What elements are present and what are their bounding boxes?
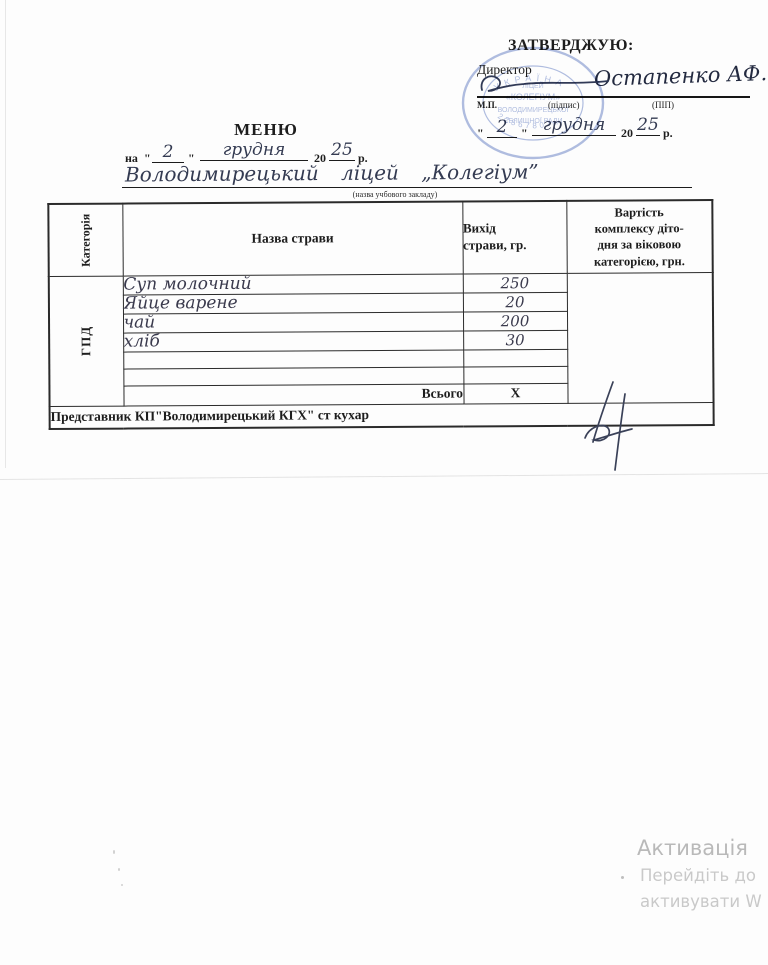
header-output: Вихід страви, гр. — [462, 201, 566, 274]
header-category: Категорія — [48, 204, 122, 276]
approval-date-year: 25 — [636, 115, 660, 136]
dish-cell — [123, 366, 463, 385]
output-cell — [463, 366, 567, 384]
cook-signature-scribble — [577, 380, 652, 472]
total-label: Всього — [123, 383, 463, 405]
menu-date-month: грудня — [200, 140, 308, 161]
menu-title: МЕНЮ — [186, 120, 346, 140]
output-cell: 30 — [463, 330, 567, 350]
dish-cell — [123, 349, 463, 368]
windows-activation-watermark-line3: активувати W — [640, 892, 762, 911]
stamp-line4: СЕЛИЩНОЇ РАДИ — [503, 117, 562, 125]
header-cost: Вартість комплексу діто- дня за віковою … — [566, 200, 712, 273]
output-cell — [463, 349, 567, 367]
scan-left-edge — [5, 0, 6, 468]
menu-date-year: 25 — [329, 140, 355, 161]
watermark-dot — [621, 876, 624, 879]
stamp-line1: ЛІЦЕЙ — [522, 81, 543, 90]
menu-date-day: 2 — [152, 142, 184, 163]
output-cell: 250 — [463, 273, 567, 293]
school-name-caption: (назва учбового закладу) — [270, 190, 520, 199]
total-value: Х — [463, 383, 567, 404]
scan-paper-edge — [0, 465, 768, 480]
output-cell: 20 — [463, 292, 567, 312]
table-header-row: Категорія Назва страви Вихід страви, гр.… — [48, 200, 712, 276]
round-stamp: УКРАЇНА 22567807 ЛІЦЕЙ «КОЛЕГІУМ» ВОЛОДИ… — [458, 42, 608, 164]
scan-speck — [118, 868, 120, 871]
header-dish-name: Назва страви — [122, 202, 462, 276]
stamp-line3: ВОЛОДИМИРЕЦЬКОЇ — [498, 106, 569, 114]
table-row: ГПД Суп молочний 250 — [49, 272, 713, 295]
dish-cell: Яйце варене — [123, 292, 463, 313]
stamp-line2: «КОЛЕГІУМ» — [506, 92, 561, 102]
scan-speck — [121, 884, 123, 886]
category-cell: ГПД — [49, 276, 124, 406]
dish-cell: хліб — [123, 330, 463, 351]
approval-date-century: 20 — [621, 126, 633, 141]
scanned-menu-document: ЗАТВЕРДЖУЮ: Директор Остапенко АФ. М.П. … — [0, 0, 768, 965]
dish-cell: чай — [123, 311, 463, 332]
name-caption: (ПІП) — [652, 100, 674, 110]
windows-activation-watermark-line2: Перейдіть до — [640, 866, 756, 885]
dish-cell: Суп молочний — [123, 273, 463, 294]
output-cell: 200 — [463, 311, 567, 331]
windows-activation-watermark-line1: Активація — [637, 836, 748, 860]
approval-date-suffix: р. — [663, 126, 673, 141]
scan-speck — [113, 850, 115, 854]
